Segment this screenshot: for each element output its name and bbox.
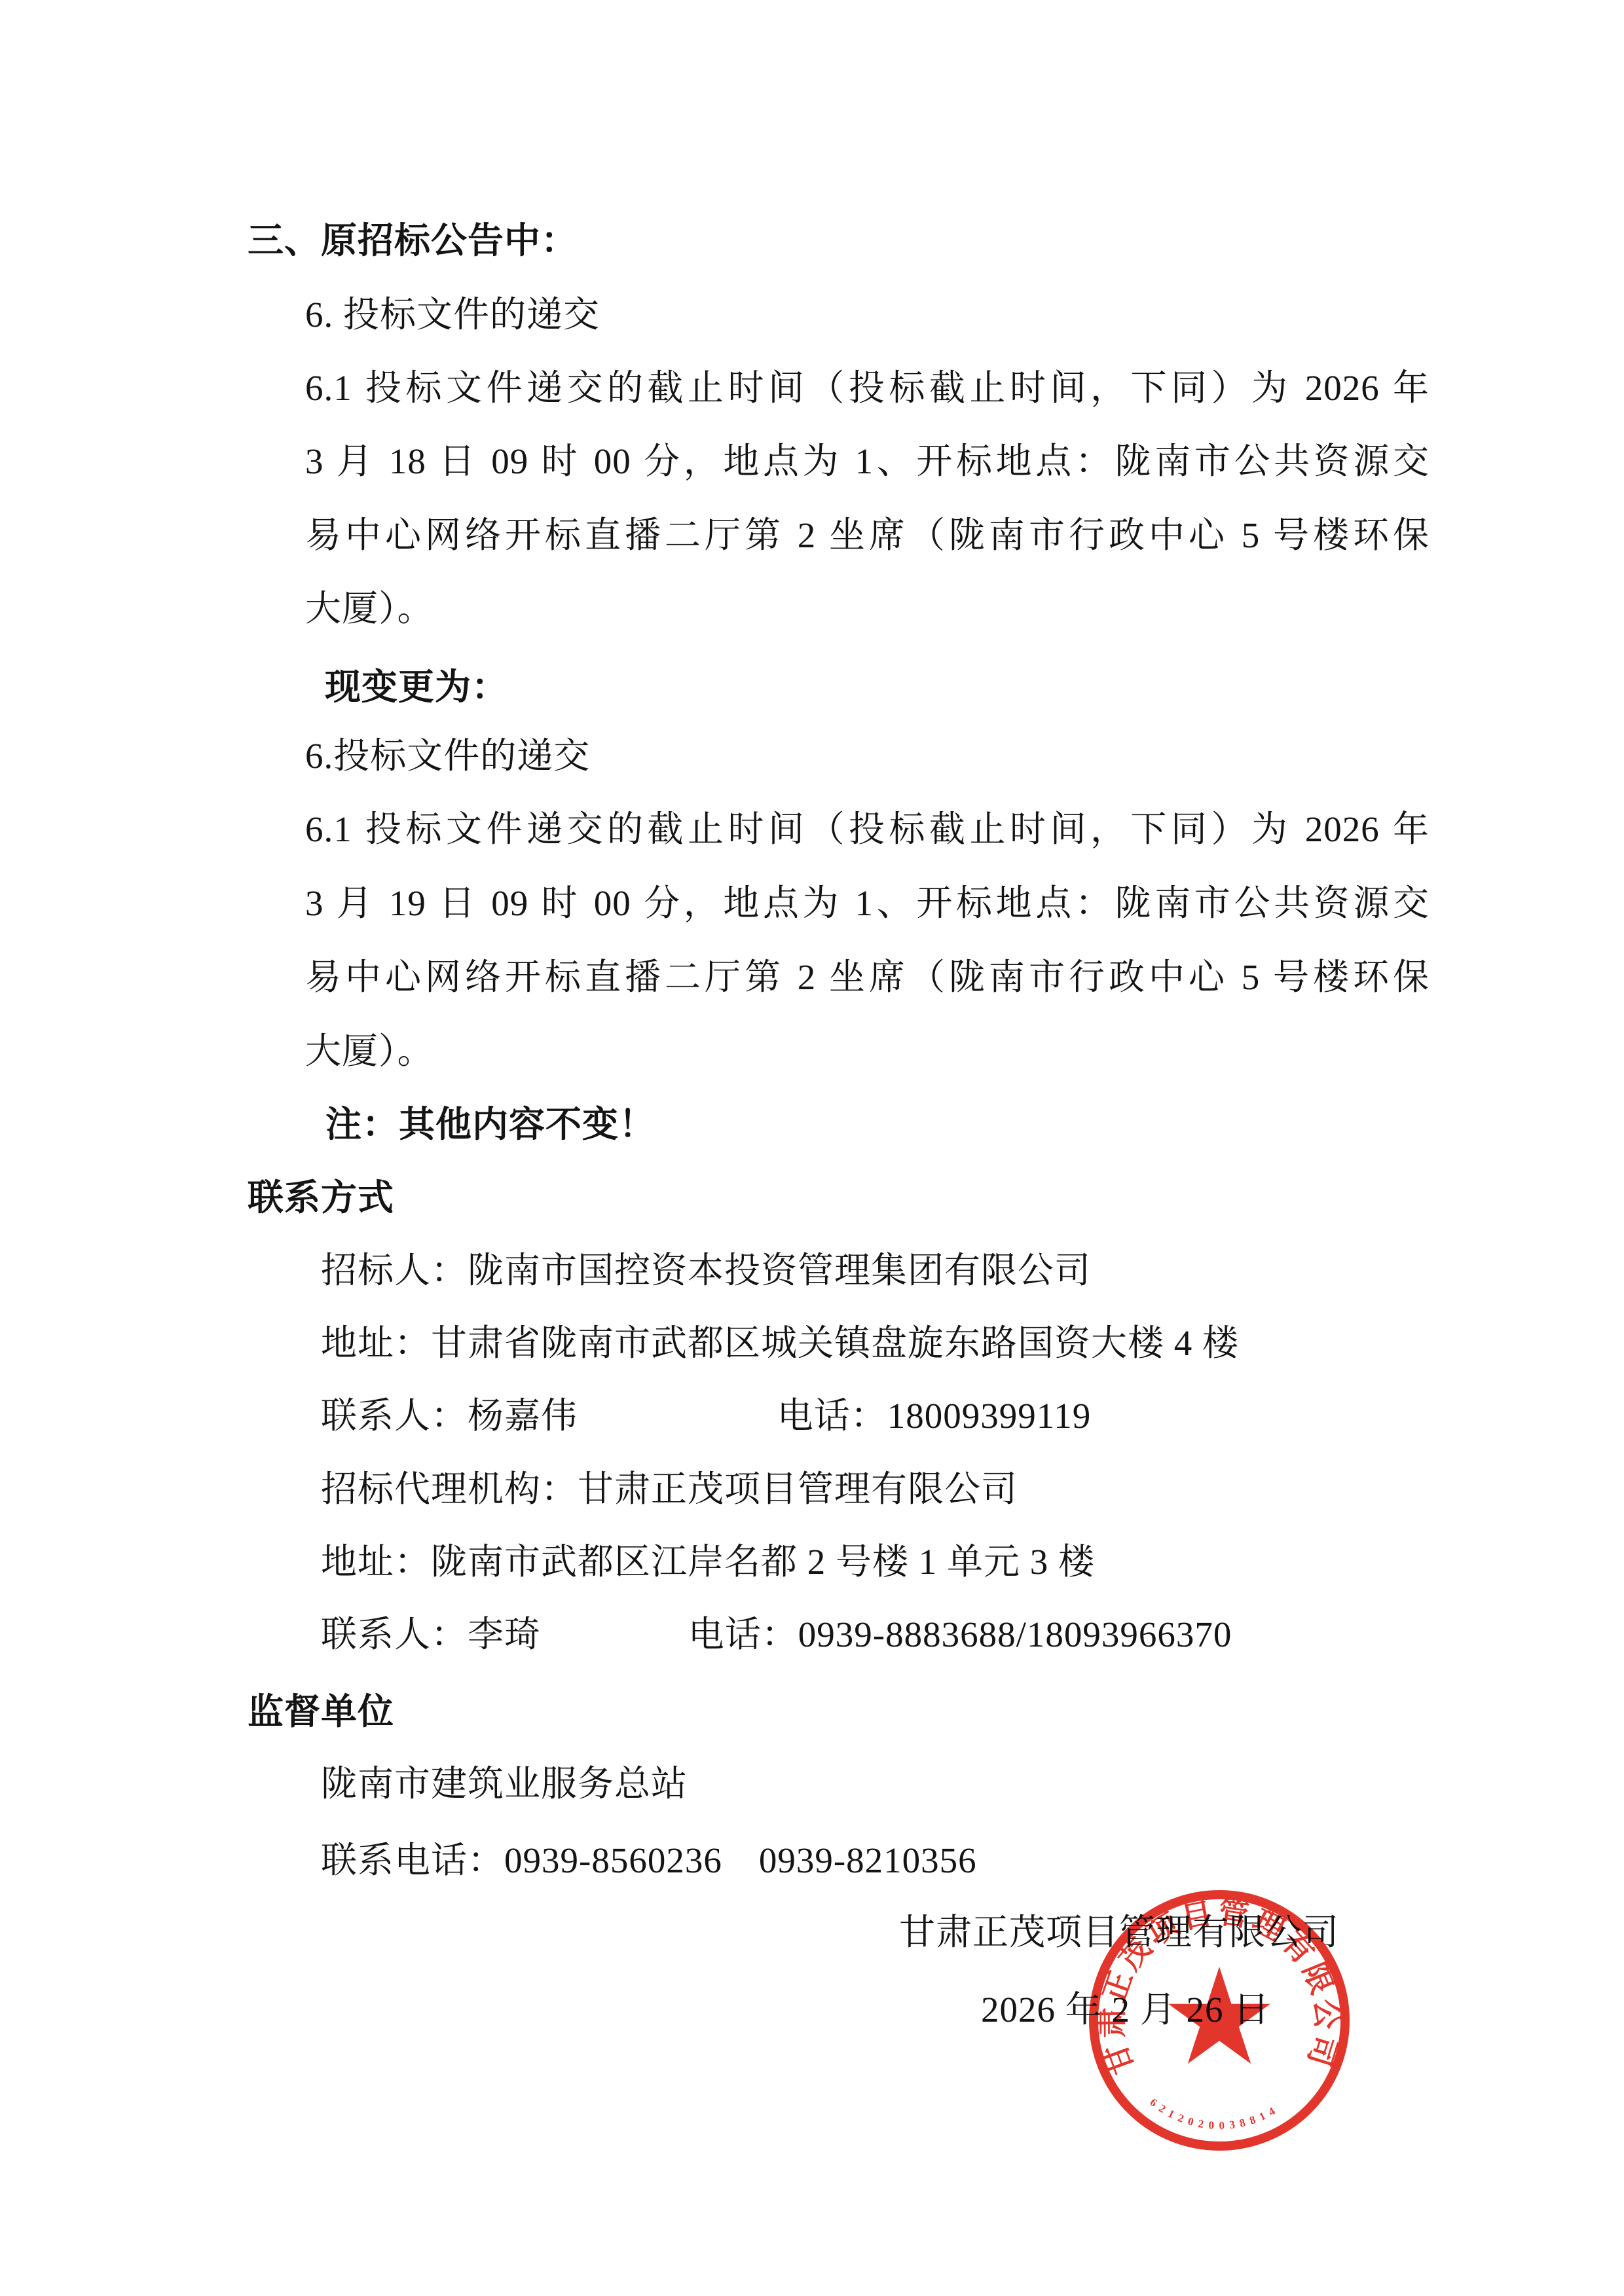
agency-address-line: 地址：陇南市武都区江岸名都 2 号楼 1 单元 3 楼 [321,1540,1095,1584]
original-line-5: 大厦）。 [305,587,434,630]
seal-star-icon [1168,1967,1270,2064]
original-line-1: 6. 投标文件的递交 [305,293,600,337]
section-heading: 三、原招标公告中： [248,219,578,263]
company-seal: 甘肃正茂项目管理有限公司 6212020038814 [1088,1889,1350,2151]
agency-person: 联系人：李琦 [321,1613,541,1656]
tenderer-person: 联系人：杨嘉伟 [321,1394,578,1438]
supervision-unit-line: 陇南市建筑业服务总站 [321,1762,688,1806]
revised-line-3: 3 月 19 日 09 时 00 分，地点为 1、开标地点：陇南市公共资源交 [305,882,1430,925]
revised-line-5: 大厦）。 [305,1030,434,1073]
note-line: 注：其他内容不变！ [325,1103,655,1146]
revised-line-2: 6.1 投标文件递交的截止时间（投标截止时间，下同）为 2026 年 [305,808,1430,851]
supervision-heading: 监督单位 [248,1690,394,1734]
agency-phone: 电话：0939-8883688/18093966370 [688,1613,1232,1656]
tenderer-line: 招标人：陇南市国控资本投资管理集团有限公司 [321,1249,1091,1292]
seal-code-text: 6212020038814 [1148,2096,1282,2132]
tenderer-address-line: 地址：甘肃省陇南市武都区城关镇盘旋东路国资大楼 4 楼 [321,1322,1239,1365]
agency-contact-line: 联系人：李琦 电话：0939-8883688/18093966370 [321,1613,1232,1656]
contact-heading: 联系方式 [248,1176,394,1220]
original-line-2: 6.1 投标文件递交的截止时间（投标截止时间，下同）为 2026 年 [305,367,1430,410]
supervision-phones-line: 联系电话：0939-8560236 0939-8210356 [321,1839,977,1882]
revised-line-1: 6.投标文件的递交 [305,735,590,778]
revised-line-4: 易中心网络开标直播二厅第 2 坐席（陇南市行政中心 5 号楼环保 [305,956,1430,999]
tenderer-contact-line: 联系人：杨嘉伟 电话：18009399119 [321,1394,1091,1438]
original-line-4: 易中心网络开标直播二厅第 2 坐席（陇南市行政中心 5 号楼环保 [305,514,1430,557]
tenderer-phone: 电话：18009399119 [777,1394,1091,1438]
agency-line: 招标代理机构：甘肃正茂项目管理有限公司 [321,1468,1018,1511]
original-line-3: 3 月 18 日 09 时 00 分，地点为 1、开标地点：陇南市公共资源交 [305,440,1430,483]
change-label: 现变更为： [325,666,508,709]
document-page: 三、原招标公告中： 6. 投标文件的递交 6.1 投标文件递交的截止时间（投标截… [0,0,1624,2296]
